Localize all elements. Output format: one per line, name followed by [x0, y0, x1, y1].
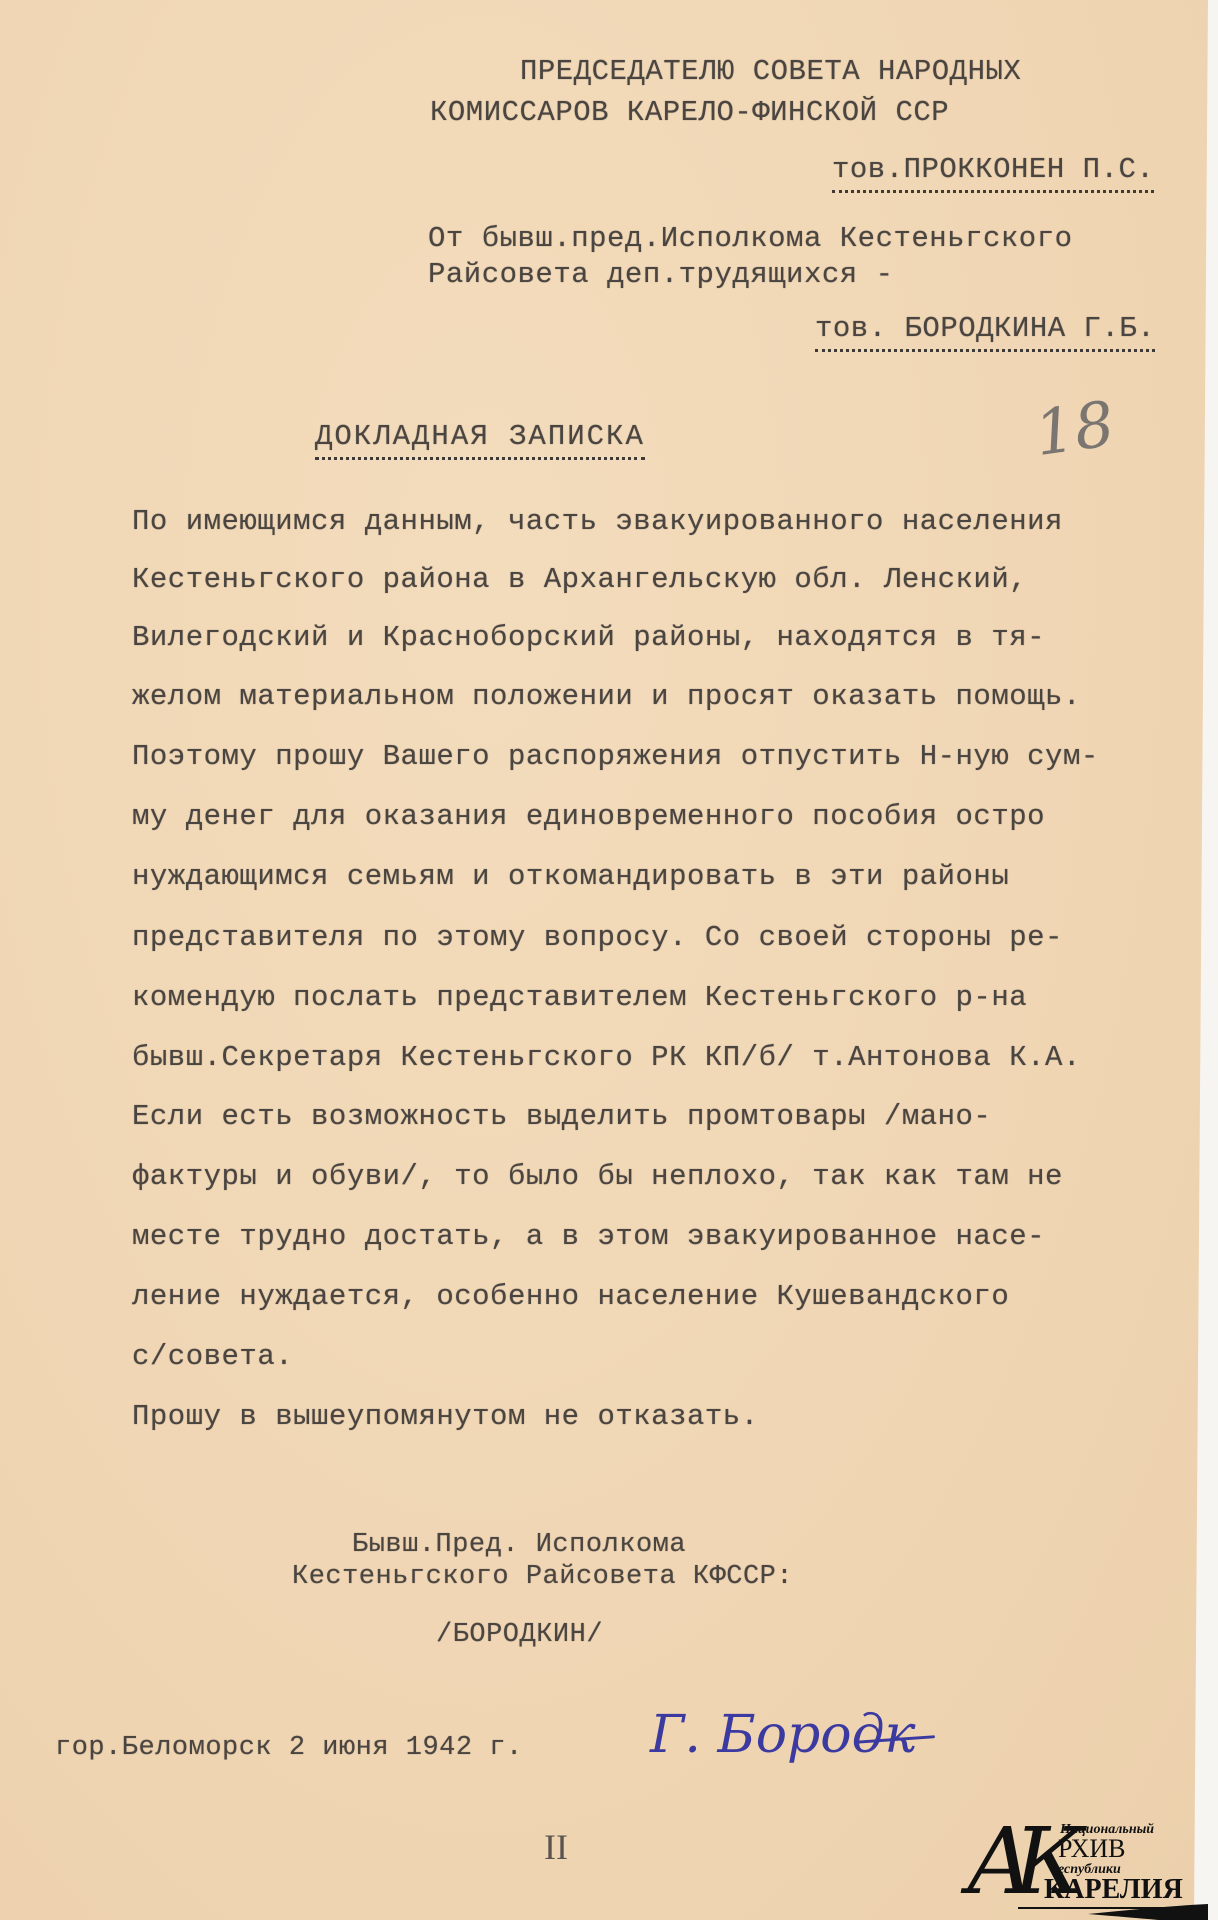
body-line: Вилегодский и Красноборский районы, нахо… — [132, 621, 1045, 654]
signatory-name: /БОРОДКИН/ — [436, 1620, 603, 1650]
quill-feather-icon — [1088, 1904, 1208, 1920]
date-line: гор.Беломорск 2 июня 1942 г. — [55, 1733, 523, 1763]
body-line: Прошу в вышеупомянутом не отказать. — [132, 1400, 759, 1433]
body-line: му денег для оказания единовременного по… — [132, 800, 1045, 833]
body-line: Кестеньгского района в Архангельскую обл… — [132, 563, 1027, 596]
archive-logo: АК Национальный РХИВ еспублики КАРЕЛИЯ — [958, 1812, 1208, 1920]
body-line: нуждающимся семьям и откомандировать в э… — [132, 860, 1009, 893]
folio-number: 18 — [1030, 387, 1118, 470]
body-line: желом материальном положении и просят ок… — [132, 680, 1081, 713]
sender-line-2: Райсовета деп.трудящихся - — [428, 258, 893, 291]
handwritten-signature: Г. Бородк — [650, 1705, 916, 1765]
page-number: II — [544, 1826, 568, 1868]
archive-logo-line-2: РХИВ — [1058, 1834, 1126, 1864]
body-line: месте трудно достать, а в этом эвакуиров… — [132, 1220, 1045, 1253]
addressee-line-3: тов.ПРОККОНЕН П.С. — [832, 153, 1154, 193]
body-line: бывш.Секретаря Кестеньгского РК КП/б/ т.… — [132, 1041, 1081, 1074]
body-line: ление нуждается, особенно население Куше… — [132, 1280, 1009, 1313]
sender-line-1: От бывш.пред.Исполкома Кестеньгского — [428, 222, 1073, 255]
addressee-line-1: ПРЕДСЕДАТЕЛЮ СОВЕТА НАРОДНЫХ — [520, 55, 1021, 88]
body-line: Если есть возможность выделить промтовар… — [132, 1100, 991, 1133]
archive-logo-line-4: КАРЕЛИЯ — [1044, 1874, 1183, 1906]
body-line: Поэтому прошу Вашего распоряжения отпуст… — [132, 740, 1099, 773]
body-line: комендую послать представителем Кестеньг… — [132, 981, 1027, 1014]
body-line: с/совета. — [132, 1340, 293, 1373]
signature-title-line-2: Кестеньгского Райсовета КФССР: — [292, 1562, 793, 1592]
document-title: ДОКЛАДНАЯ ЗАПИСКА — [315, 420, 645, 460]
addressee-line-2: КОМИССАРОВ КАРЕЛО-ФИНСКОЙ ССР — [430, 96, 949, 129]
sender-line-3: тов. БОРОДКИНА Г.Б. — [815, 312, 1155, 352]
body-line: фактуры и обуви/, то было бы неплохо, та… — [132, 1160, 1063, 1193]
body-line: представителя по этому вопросу. Со своей… — [132, 921, 1063, 954]
signature-title-line-1: Бывш.Пред. Исполкома — [352, 1530, 686, 1560]
body-line: По имеющимся данным, часть эвакуированно… — [132, 505, 1063, 538]
